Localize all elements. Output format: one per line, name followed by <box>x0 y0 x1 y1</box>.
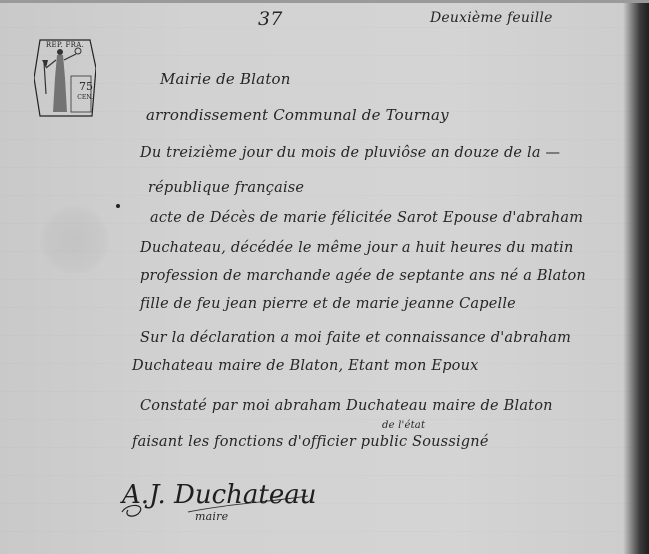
stamp-border-icon <box>34 38 96 120</box>
body-line-2: république française <box>148 180 304 196</box>
body-line-7: Sur la déclaration a moi faite et connai… <box>140 330 571 346</box>
body-line-8: Duchateau maire de Blaton, Etant mon Epo… <box>132 358 479 374</box>
stamp-unit: CEN. <box>77 94 93 101</box>
page-top-edge <box>0 0 649 3</box>
body-line-10: faisant les fonctions d'officier public … <box>132 434 489 450</box>
header-mairie: Mairie de Blaton <box>160 70 291 88</box>
body-line-1: Du treizième jour du mois de pluviôse an… <box>140 145 560 161</box>
body-line-5: profession de marchande agée de septante… <box>140 268 586 284</box>
ink-blot <box>40 205 110 275</box>
body-line-3: acte de Décès de marie félicitée Sarot E… <box>150 210 583 226</box>
ink-dot <box>116 204 120 208</box>
stamp-value: 75 <box>79 80 93 93</box>
stamp-header: REP. FRA. <box>34 41 96 49</box>
document-page: REP. FRA. 75 CEN. 37 Deuxième feuille Ma… <box>0 0 649 554</box>
body-line-6: fille de feu jean pierre et de marie jea… <box>140 296 516 312</box>
body-line-4: Duchateau, décédée le même jour a huit h… <box>140 240 574 256</box>
header-arrondissement: arrondissement Communal de Tournay <box>146 106 449 124</box>
signature: A.J. Duchateau <box>122 480 316 510</box>
page-number: 37 <box>258 8 283 30</box>
interlinear-insert: de l'état <box>382 420 425 431</box>
signature-title: maire <box>195 510 228 523</box>
revenue-stamp: REP. FRA. 75 CEN. <box>34 38 96 120</box>
sheet-label: Deuxième feuille <box>430 10 553 26</box>
body-line-9: Constaté par moi abraham Duchateau maire… <box>140 398 553 414</box>
